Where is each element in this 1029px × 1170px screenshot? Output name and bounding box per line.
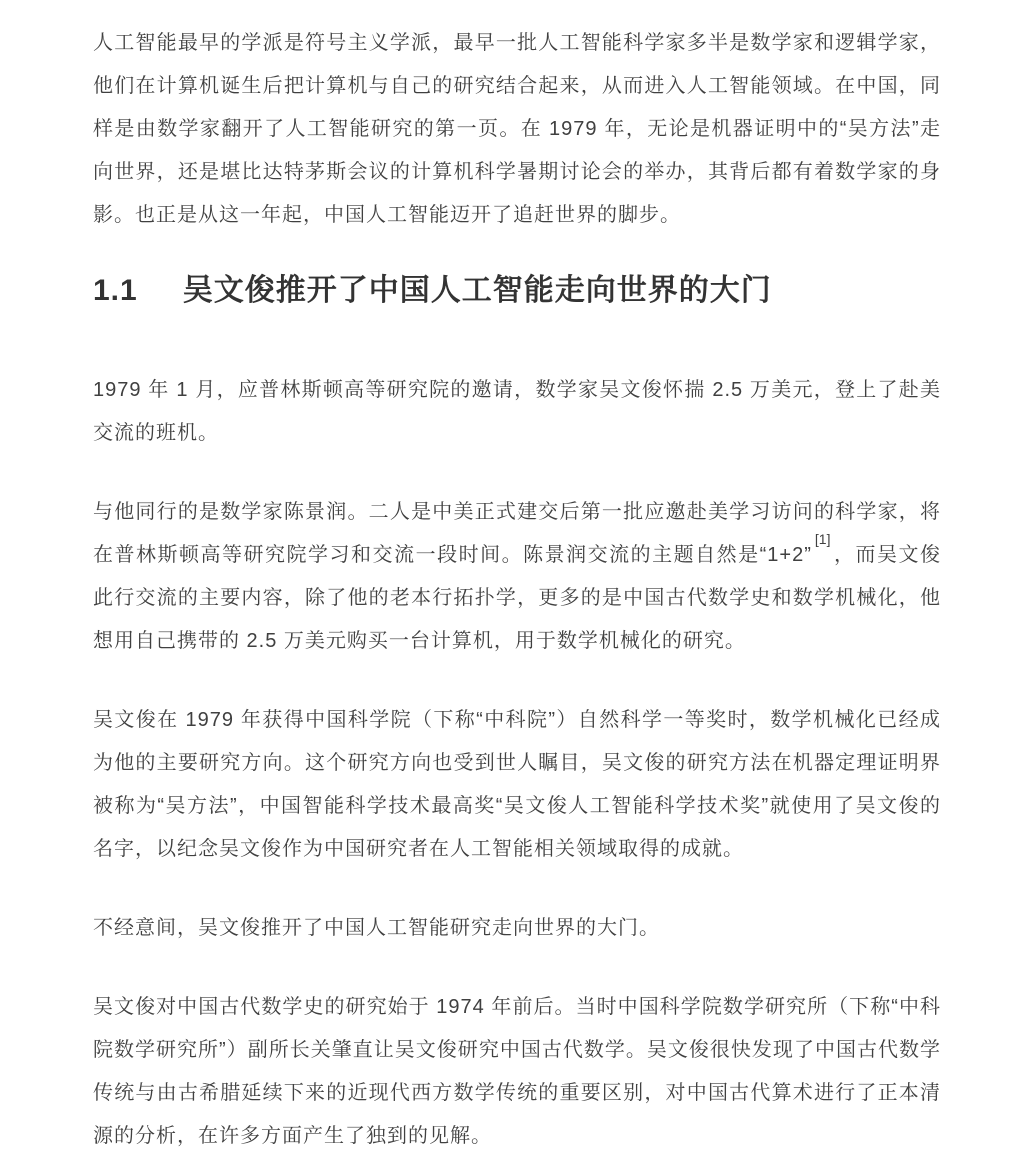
ebook-page: 人工智能最早的学派是符号主义学派，最早一批人工智能科学家多半是数学家和逻辑学家，…	[0, 0, 1029, 1170]
paragraph-intro: 人工智能最早的学派是符号主义学派，最早一批人工智能科学家多半是数学家和逻辑学家，…	[93, 22, 941, 237]
paragraph-flight: 1979 年 1 月，应普林斯顿高等研究院的邀请，数学家吴文俊怀揣 2.5 万美…	[93, 369, 941, 455]
paragraph-award: 吴文俊在 1979 年获得中国科学院（下称“中科院”）自然科学一等奖时，数学机械…	[93, 699, 941, 871]
footnote-marker-1[interactable]: [1]	[815, 531, 831, 547]
section-title: 吴文俊推开了中国人工智能走向世界的大门	[183, 269, 772, 313]
section-number: 1.1	[93, 269, 138, 313]
section-heading: 1.1 吴文俊推开了中国人工智能走向世界的大门	[93, 269, 941, 313]
paragraph-door: 不经意间，吴文俊推开了中国人工智能研究走向世界的大门。	[93, 907, 941, 950]
paragraph-ancient-math: 吴文俊对中国古代数学史的研究始于 1974 年前后。当时中国科学院数学研究所（下…	[93, 986, 941, 1158]
paragraph-companion-text-before: 与他同行的是数学家陈景润。二人是中美正式建交后第一批应邀赴美学习访问的科学家，将…	[93, 501, 941, 566]
paragraph-companion: 与他同行的是数学家陈景润。二人是中美正式建交后第一批应邀赴美学习访问的科学家，将…	[93, 491, 941, 663]
